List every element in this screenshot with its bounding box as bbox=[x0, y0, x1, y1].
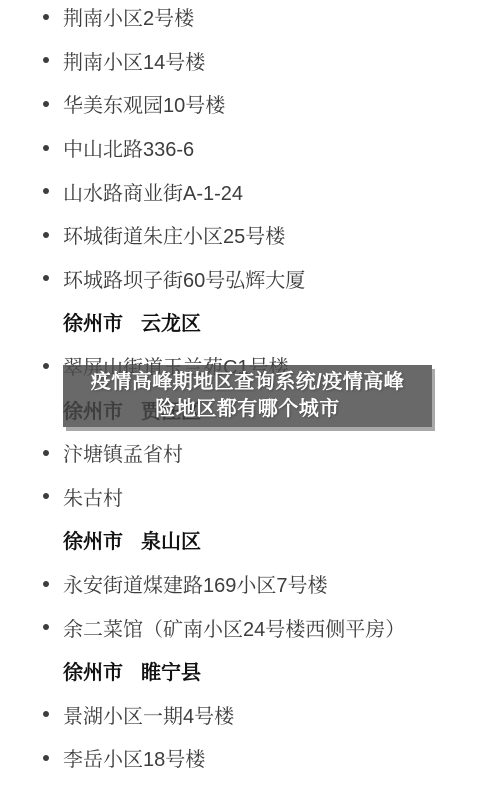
list-item: 环城路坝子街60号弘辉大厦 bbox=[0, 257, 500, 301]
list-item-label: 环城路坝子街60号弘辉大厦 bbox=[63, 264, 305, 293]
watermark-line2: 险地区都有哪个城市 bbox=[155, 396, 340, 423]
list-item: 朱古村 bbox=[0, 475, 500, 519]
list-item-label: 荆南小区14号楼 bbox=[63, 46, 205, 75]
page: 荆南小区2号楼荆南小区14号楼华美东观园10号楼中山北路336-6山水路商业街A… bbox=[0, 0, 500, 791]
bullet-icon bbox=[43, 145, 49, 151]
district-header-district: 睢宁县 bbox=[141, 656, 201, 685]
list-item-label: 李岳小区18号楼 bbox=[63, 743, 205, 772]
bullet-icon bbox=[43, 755, 49, 761]
watermark-line1: 疫情高峰期地区查询系统/疫情高峰 bbox=[91, 369, 405, 396]
bullet-icon bbox=[43, 581, 49, 587]
list-item-label: 华美东观园10号楼 bbox=[63, 89, 225, 118]
list-item: 山水路商业街A-1-24 bbox=[0, 169, 500, 213]
list-item: 永安街道煤建路169小区7号楼 bbox=[0, 562, 500, 606]
list-item-label: 山水路商业街A-1-24 bbox=[63, 177, 243, 206]
list-item-label: 永安街道煤建路169小区7号楼 bbox=[63, 569, 328, 598]
watermark-overlay: 疫情高峰期地区查询系统/疫情高峰 险地区都有哪个城市 bbox=[63, 365, 432, 427]
district-header: 徐州市泉山区 bbox=[0, 518, 500, 562]
list-item: 华美东观园10号楼 bbox=[0, 82, 500, 126]
district-header-city: 徐州市 bbox=[63, 307, 123, 336]
bullet-icon bbox=[43, 711, 49, 717]
list-item-label: 景湖小区一期4号楼 bbox=[63, 700, 234, 729]
bullet-icon bbox=[43, 57, 49, 63]
district-header-city: 徐州市 bbox=[63, 525, 123, 554]
bullet-icon bbox=[43, 232, 49, 238]
list-item-label: 余二菜馆（矿南小区24号楼西侧平房） bbox=[63, 613, 405, 642]
district-header-district: 云龙区 bbox=[141, 307, 201, 336]
list-item: 汴塘镇孟省村 bbox=[0, 431, 500, 475]
bullet-icon bbox=[43, 188, 49, 194]
bullet-icon bbox=[43, 624, 49, 630]
list-item: 环城街道朱庄小区25号楼 bbox=[0, 213, 500, 257]
bullet-icon bbox=[43, 493, 49, 499]
district-header: 徐州市睢宁县 bbox=[0, 649, 500, 693]
bullet-icon bbox=[43, 14, 49, 20]
bullet-icon bbox=[43, 101, 49, 107]
list-item-label: 环城街道朱庄小区25号楼 bbox=[63, 220, 285, 249]
list-item: 李岳小区18号楼 bbox=[0, 736, 500, 780]
district-header-district: 泉山区 bbox=[141, 525, 201, 554]
bullet-icon bbox=[43, 450, 49, 456]
district-header-city: 徐州市 bbox=[63, 656, 123, 685]
list-item-label: 朱古村 bbox=[63, 482, 123, 511]
bullet-icon bbox=[43, 363, 49, 369]
list-item-label: 荆南小区2号楼 bbox=[63, 2, 194, 31]
bullet-icon bbox=[43, 275, 49, 281]
list-item: 荆南小区14号楼 bbox=[0, 39, 500, 83]
district-header: 徐州市云龙区 bbox=[0, 300, 500, 344]
list-item: 余二菜馆（矿南小区24号楼西侧平房） bbox=[0, 605, 500, 649]
list-item-label: 汴塘镇孟省村 bbox=[63, 438, 183, 467]
list-item: 景湖小区一期4号楼 bbox=[0, 693, 500, 737]
list-item: 荆南小区2号楼 bbox=[0, 0, 500, 39]
list-item: 中山北路336-6 bbox=[0, 126, 500, 170]
list-item-label: 中山北路336-6 bbox=[63, 133, 194, 162]
